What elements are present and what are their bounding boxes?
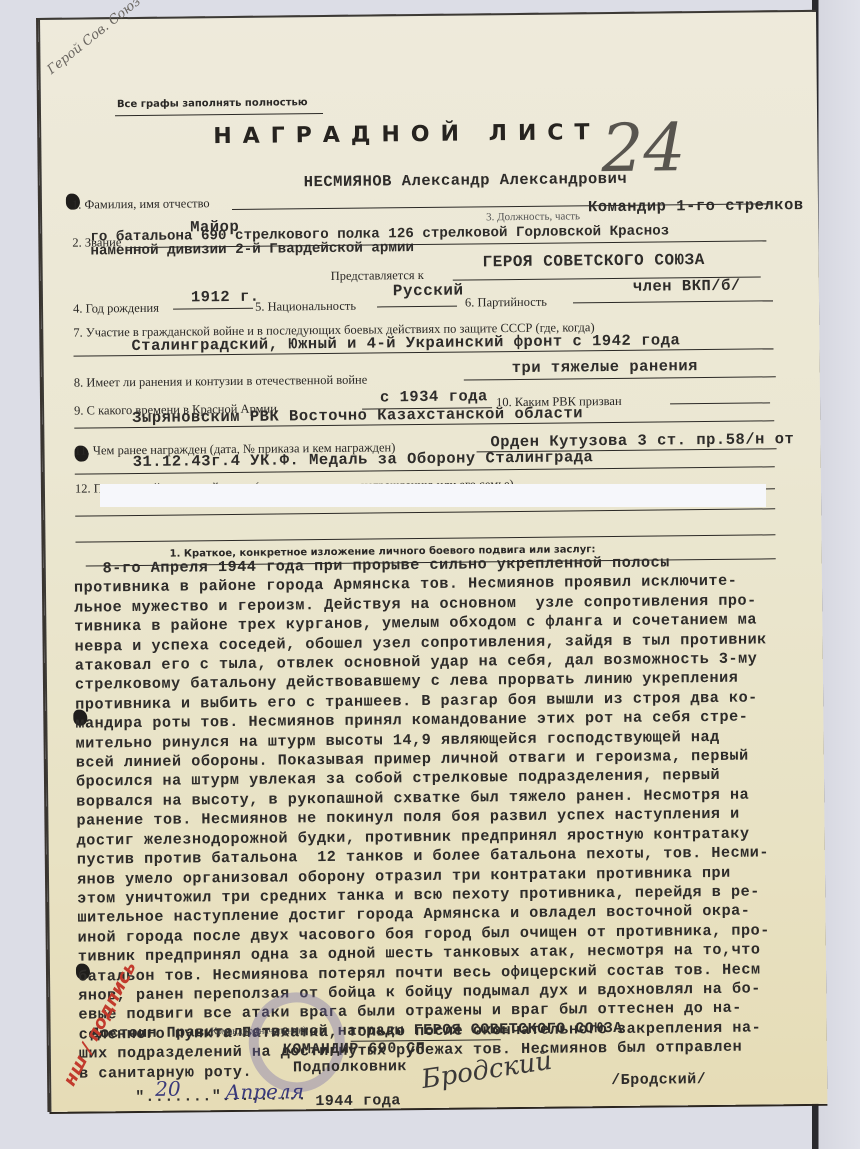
- field-5-value: Русский: [393, 282, 464, 301]
- header-instruction: Все графы заполнять полностью: [117, 97, 308, 110]
- narrative-text: 8-го Апреля 1944 года при прорыве сильно…: [74, 552, 772, 1083]
- field-11-value-line2: 31.12.43г.4 УК.Ф. Медаль за Оборону Стал…: [133, 448, 594, 471]
- field-12-line-2: [75, 508, 775, 516]
- field-8-label: 8. Имеет ли ранения и контузии в отечест…: [74, 373, 368, 391]
- presented-value: ГЕРОЯ СОВЕТСКОГО СОЮЗА: [482, 251, 704, 271]
- field-1-value: НЕСМИЯНОВ Александр Александрович: [304, 170, 628, 191]
- date-month: Апреля: [225, 1079, 304, 1104]
- field-4-label: 4. Год рождения: [73, 301, 159, 317]
- field-3-value-line3: наменной дивизии 2-й Гвардейской армии: [90, 240, 414, 259]
- field-5-line: [377, 306, 457, 308]
- field-6-line: [573, 300, 773, 303]
- field-8-line: [464, 376, 776, 380]
- field-5-label: 5. Национальность: [255, 299, 356, 315]
- commander-name: /Бродский/: [611, 1071, 706, 1089]
- commander-rank: Подполковник: [293, 1058, 407, 1076]
- field-9-value: с 1934 года: [380, 387, 488, 406]
- field-6-label: 6. Партийность: [465, 295, 547, 311]
- field-6-value: член ВКП/б/: [633, 277, 741, 296]
- date-open-quote: ": [135, 1089, 145, 1106]
- field-4-value: 1912 г.: [191, 288, 260, 307]
- field-8-value: три тяжелые ранения: [512, 357, 698, 377]
- redacted-address-bar: [100, 484, 766, 507]
- field-3-label: 3. Должность, часть: [486, 210, 580, 223]
- award-sheet-document: Герой Сов. Союз Все графы заполнять полн…: [38, 10, 827, 1112]
- field-4-line: [173, 308, 253, 310]
- date-year: 1944 года: [315, 1092, 401, 1110]
- margin-handwritten-note: Герой Сов. Союз: [45, 0, 144, 78]
- commander-position: КОМАНДИР 690 СП: [283, 1040, 426, 1058]
- field-12-line-3: [75, 534, 775, 542]
- header-underline: [115, 113, 323, 116]
- field-1-label: 1. Фамилия, имя отчество: [72, 196, 210, 212]
- field-3-value-line1: Командир 1-го стрелков: [588, 196, 804, 216]
- field-10-line: [670, 402, 770, 404]
- document-title: НАГРАДНОЙ ЛИСТ: [213, 120, 600, 149]
